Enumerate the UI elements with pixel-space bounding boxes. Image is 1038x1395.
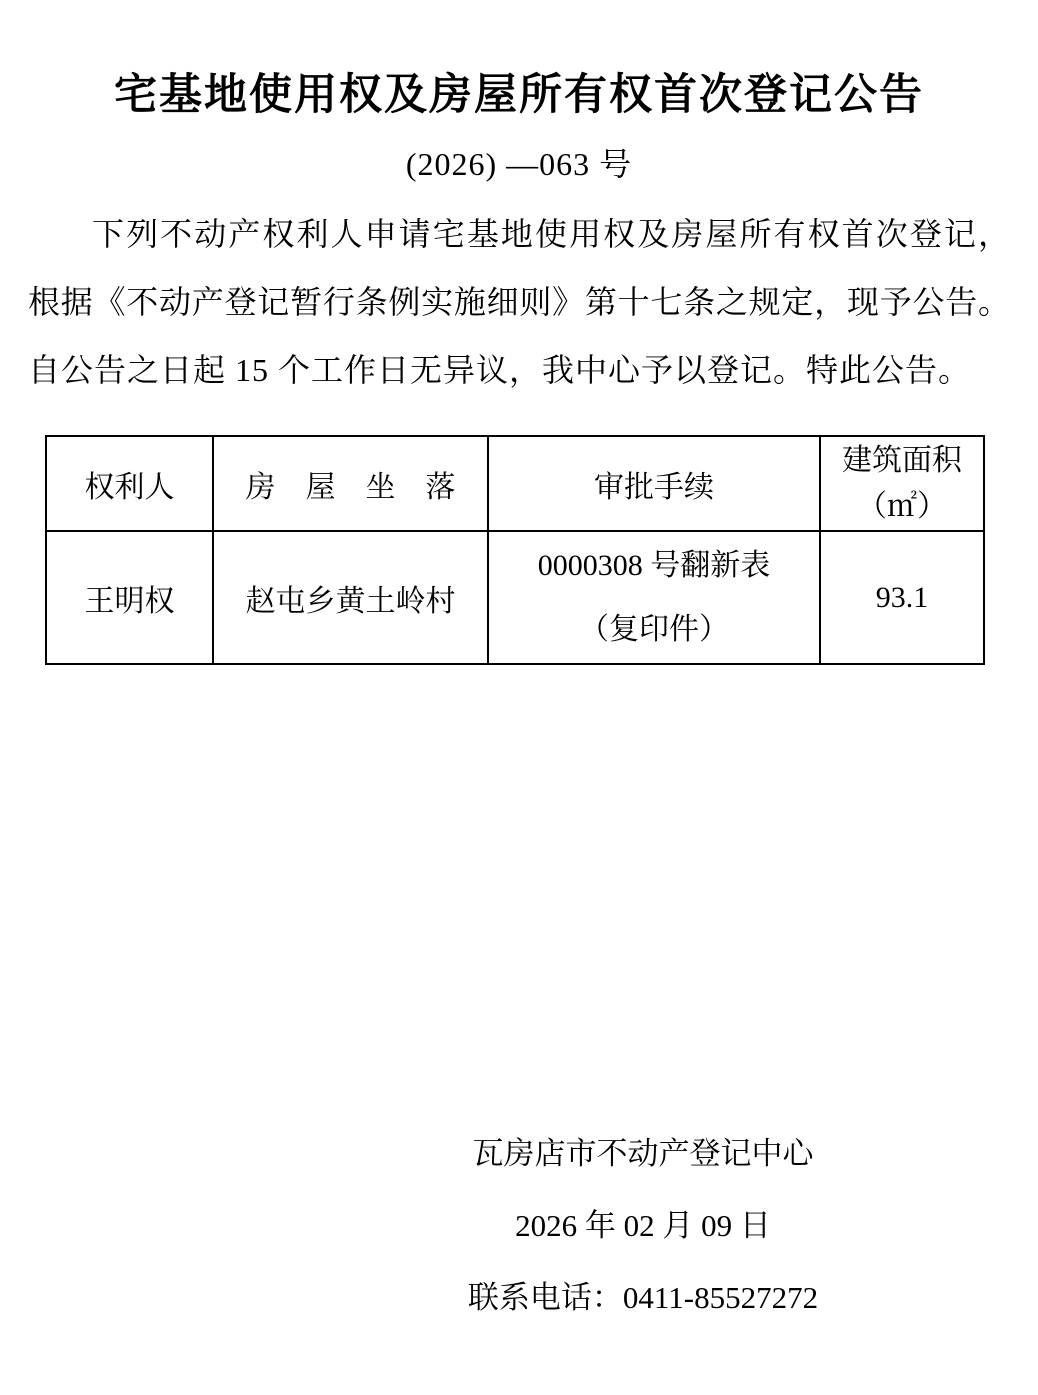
table-header-row: 权利人 房 屋 坐 落 审批手续 建筑面积 （㎡） (46, 436, 984, 531)
header-area-unit: （㎡） (825, 484, 979, 530)
header-owner: 权利人 (46, 436, 213, 531)
header-approval: 审批手续 (488, 436, 820, 531)
contact-phone: 联系电话：0411-85527272 (248, 1262, 1038, 1334)
body-line-3: 自公告之日起 15 个工作日无异议，我中心予以登记。特此公告。 (28, 336, 1010, 404)
cell-area: 93.1 (820, 531, 984, 664)
document-number: (2026) —063 号 (0, 140, 1038, 188)
announcement-document: 宅基地使用权及房屋所有权首次登记公告 (2026) —063 号 下列不动产权利… (0, 0, 1038, 1395)
header-approval-label: 审批手续 (594, 471, 714, 504)
body-line-2: 根据《不动产登记暂行条例实施细则》第十七条之规定，现予公告。 (28, 268, 1010, 336)
signature-block: 瓦房店市不动产登记中心 2026 年 02 月 09 日 联系电话：0411-8… (248, 1118, 1038, 1334)
table-row: 王明权 赵屯乡黄土岭村 0000308 号翻新表 （复印件） 93.1 (46, 531, 984, 664)
header-area: 建筑面积 （㎡） (820, 436, 984, 531)
document-title: 宅基地使用权及房屋所有权首次登记公告 (0, 64, 1038, 126)
registration-table: 权利人 房 屋 坐 落 审批手续 建筑面积 （㎡） 王明权 赵屯乡黄土岭 (45, 435, 985, 665)
approval-document: 0000308 号翻新表 (493, 534, 815, 598)
header-location: 房 屋 坐 落 (213, 436, 488, 531)
header-owner-label: 权利人 (85, 471, 175, 504)
location-value: 赵屯乡黄土岭村 (246, 585, 456, 618)
issuer-name: 瓦房店市不动产登记中心 (248, 1118, 1038, 1190)
issue-date: 2026 年 02 月 09 日 (248, 1190, 1038, 1262)
cell-approval: 0000308 号翻新表 （复印件） (488, 531, 820, 664)
announcement-body: 下列不动产权利人申请宅基地使用权及房屋所有权首次登记， 根据《不动产登记暂行条例… (28, 200, 1010, 404)
header-area-label: 建筑面积 (825, 438, 979, 484)
header-location-label: 房 屋 坐 落 (246, 471, 456, 504)
area-value: 93.1 (876, 581, 929, 614)
owner-name: 王明权 (85, 585, 175, 618)
cell-location: 赵屯乡黄土岭村 (213, 531, 488, 664)
body-line-1: 下列不动产权利人申请宅基地使用权及房屋所有权首次登记， (28, 200, 1010, 268)
approval-copy-note: （复印件） (493, 598, 815, 662)
cell-owner: 王明权 (46, 531, 213, 664)
